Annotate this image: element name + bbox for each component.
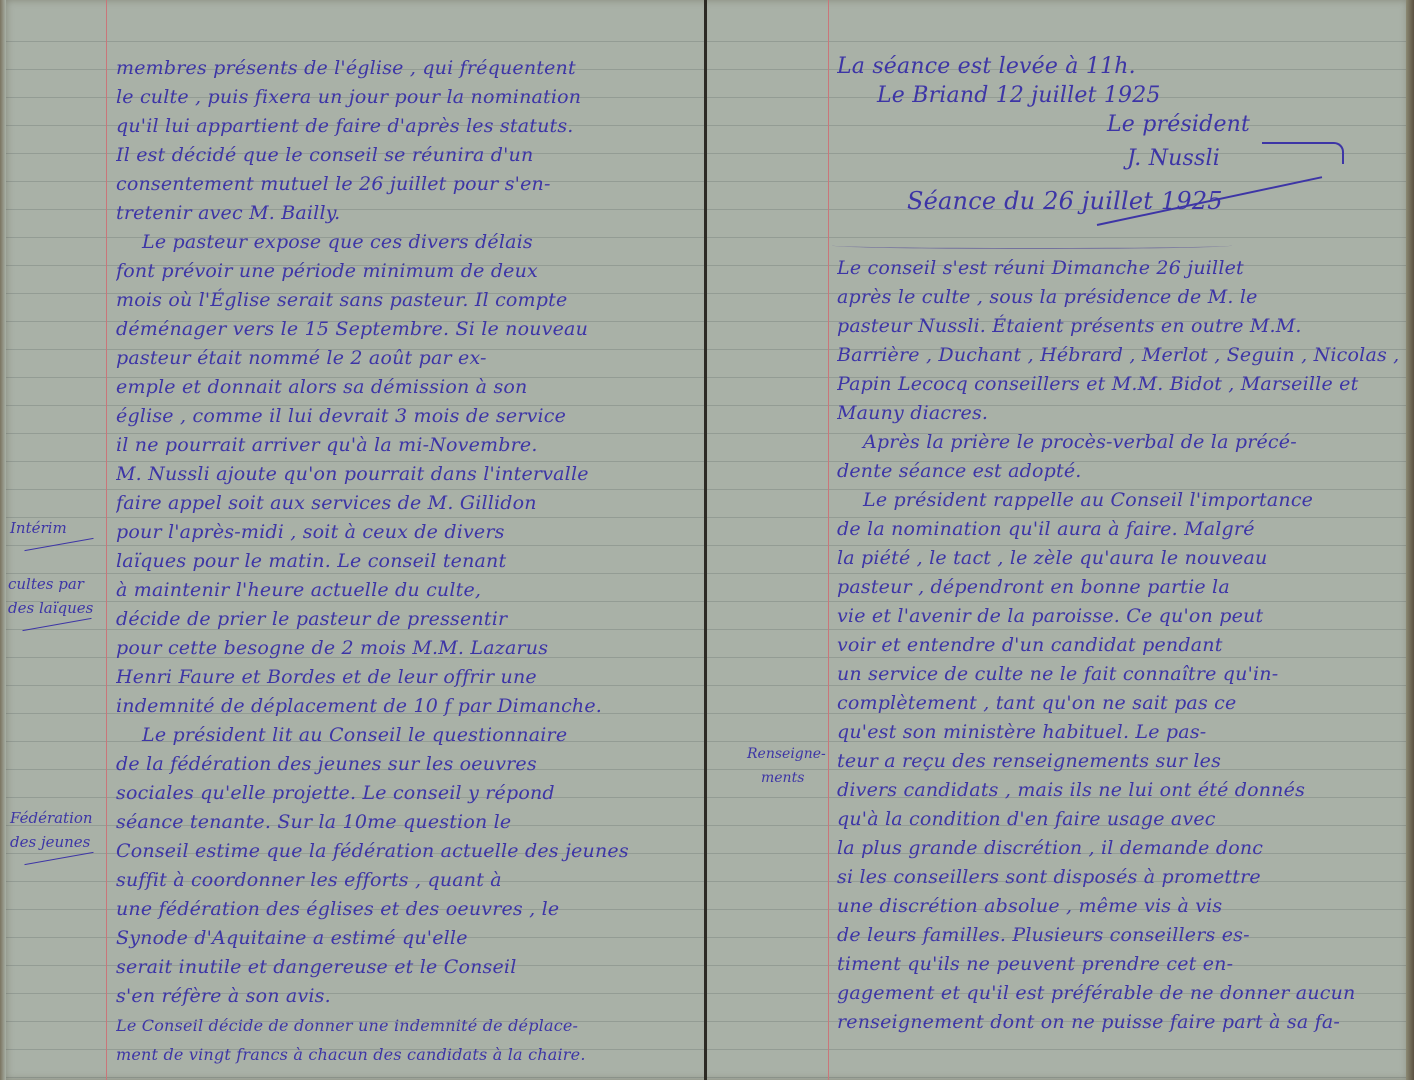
- text-line: serait inutile et dangereuse et le Conse…: [116, 953, 691, 982]
- text-line: tretenir avec M. Bailly.: [116, 199, 691, 228]
- text-line: Il est décidé que le conseil se réunira …: [116, 141, 691, 170]
- text-line: font prévoir une période minimum de deux: [116, 257, 691, 286]
- text-line: Le président rappelle au Conseil l'impor…: [837, 486, 1403, 515]
- text-line: voir et entendre d'un candidat pendant: [837, 631, 1403, 660]
- heading-wavy-underline: [832, 242, 1232, 249]
- text-line: un service de culte ne le fait connaître…: [837, 660, 1403, 689]
- margin-note-cultes-laiques: cultes par des laïques: [8, 572, 93, 631]
- text-line: une fédération des églises et des oeuvre…: [116, 895, 691, 924]
- text-line: Conseil estime que la fédération actuell…: [116, 837, 691, 866]
- text-line: ment de vingt francs à chacun des candid…: [116, 1040, 691, 1069]
- text-line: après le culte , sous la présidence de M…: [837, 283, 1403, 312]
- closing-title: Le président: [837, 110, 1403, 139]
- text-line: laïques pour le matin. Le conseil tenant: [116, 547, 691, 576]
- text-line: Henri Faure et Bordes et de leur offrir …: [116, 663, 691, 692]
- text-line: membres présents de l'église , qui fréqu…: [116, 54, 691, 83]
- text-line: faire appel soit aux services de M. Gill…: [116, 489, 691, 518]
- right-page-body: Le conseil s'est réuni Dimanche 26 juill…: [837, 254, 1403, 1037]
- margin-note-line: ments: [747, 766, 826, 790]
- text-line: Barrière , Duchant , Hébrard , Merlot , …: [837, 341, 1403, 370]
- book-right-edge: [1406, 0, 1414, 1080]
- text-line: pasteur Nussli. Étaient présents en outr…: [837, 312, 1403, 341]
- text-line: déménager vers le 15 Septembre. Si le no…: [116, 315, 691, 344]
- margin-note-renseignements: Renseigne- ments: [747, 742, 826, 790]
- text-line: église , comme il lui devrait 3 mois de …: [116, 402, 691, 431]
- margin-note-interim: Intérim: [10, 516, 94, 551]
- text-line: timent qu'ils ne peuvent prendre cet en-: [837, 950, 1403, 979]
- text-line: consentement mutuel le 26 juillet pour s…: [116, 170, 691, 199]
- margin-rule: [828, 0, 829, 1080]
- margin-note-federation: Fédération des jeunes: [10, 806, 94, 865]
- text-line: décide de prier le pasteur de pressentir: [116, 605, 691, 634]
- margin-note-line: des laïques: [8, 596, 93, 620]
- text-line: mois où l'Église serait sans pasteur. Il…: [116, 286, 691, 315]
- signature-flourish: [1262, 142, 1344, 164]
- text-line: la piété , le tact , le zèle qu'aura le …: [837, 544, 1403, 573]
- margin-note-line: cultes par: [8, 572, 93, 596]
- text-line: pour l'après-midi , soit à ceux de diver…: [116, 518, 691, 547]
- text-line: à maintenir l'heure actuelle du culte,: [116, 576, 691, 605]
- text-line: Le conseil s'est réuni Dimanche 26 juill…: [837, 254, 1403, 283]
- session-heading: Séance du 26 juillet 1925: [837, 179, 1403, 223]
- text-line: qu'il lui appartient de faire d'après le…: [116, 112, 691, 141]
- text-line: renseignement dont on ne puisse faire pa…: [837, 1008, 1403, 1037]
- text-line: Le pasteur expose que ces divers délais: [116, 228, 691, 257]
- margin-note-line: Intérim: [10, 516, 94, 540]
- text-line: indemnité de déplacement de 10 f par Dim…: [116, 692, 691, 721]
- left-page-body: membres présents de l'église , qui fréqu…: [116, 54, 691, 1069]
- text-line: pasteur , dépendront en bonne partie la: [837, 573, 1403, 602]
- text-line: séance tenante. Sur la 10me question le: [116, 808, 691, 837]
- book-left-edge: [0, 0, 6, 1080]
- left-page: Intérim cultes par des laïques Fédératio…: [0, 0, 705, 1080]
- margin-note-line: Fédération: [10, 806, 94, 830]
- text-line: Le Conseil décide de donner une indemnit…: [116, 1011, 691, 1040]
- text-line: dente séance est adopté.: [837, 457, 1403, 486]
- text-line: de leurs familles. Plusieurs conseillers…: [837, 921, 1403, 950]
- text-line: complètement , tant qu'on ne sait pas ce: [837, 689, 1403, 718]
- text-line: suffit à coordonner les efforts , quant …: [116, 866, 691, 895]
- text-line: vie et l'avenir de la paroisse. Ce qu'on…: [837, 602, 1403, 631]
- text-line: il ne pourrait arriver qu'à la mi-Novemb…: [116, 431, 691, 460]
- text-line: une discrétion absolue , même vis à vis: [837, 892, 1403, 921]
- text-line: sociales qu'elle projette. Le conseil y …: [116, 779, 691, 808]
- text-line: pasteur était nommé le 2 août par ex-: [116, 344, 691, 373]
- ledger-spread: Intérim cultes par des laïques Fédératio…: [0, 0, 1414, 1080]
- text-line: qu'à la condition d'en faire usage avec: [837, 805, 1403, 834]
- text-line: Mauny diacres.: [837, 399, 1403, 428]
- text-line: teur a reçu des renseignements sur les: [837, 747, 1403, 776]
- text-line: de la nomination qu'il aura à faire. Mal…: [837, 515, 1403, 544]
- text-line: M. Nussli ajoute qu'on pourrait dans l'i…: [116, 460, 691, 489]
- closing-block: La séance est levée à 11h. Le Briand 12 …: [837, 52, 1403, 223]
- text-line: Le président lit au Conseil le questionn…: [116, 721, 691, 750]
- margin-rule: [106, 0, 107, 1080]
- text-line: divers candidats , mais ils ne lui ont é…: [837, 776, 1403, 805]
- text-line: si les conseillers sont disposés à prome…: [837, 863, 1403, 892]
- text-line: de la fédération des jeunes sur les oeuv…: [116, 750, 691, 779]
- text-line: Après la prière le procès-verbal de la p…: [837, 428, 1403, 457]
- text-line: emple et donnait alors sa démission à so…: [116, 373, 691, 402]
- text-line: gagement et qu'il est préférable de ne d…: [837, 979, 1403, 1008]
- closing-date: Le Briand 12 juillet 1925: [837, 81, 1403, 110]
- right-page: Renseigne- ments La séance est levée à 1…: [707, 0, 1414, 1080]
- text-line: Papin Lecocq conseillers et M.M. Bidot ,…: [837, 370, 1403, 399]
- text-line: Synode d'Aquitaine a estimé qu'elle: [116, 924, 691, 953]
- text-line: le culte , puis fixera un jour pour la n…: [116, 83, 691, 112]
- text-line: qu'est son ministère habituel. Le pas-: [837, 718, 1403, 747]
- margin-note-line: Renseigne-: [747, 742, 826, 766]
- text-line: pour cette besogne de 2 mois M.M. Lazaru…: [116, 634, 691, 663]
- closing-line: La séance est levée à 11h.: [837, 52, 1403, 81]
- margin-note-line: des jeunes: [10, 830, 94, 854]
- text-line: s'en réfère à son avis.: [116, 982, 691, 1011]
- text-line: la plus grande discrétion , il demande d…: [837, 834, 1403, 863]
